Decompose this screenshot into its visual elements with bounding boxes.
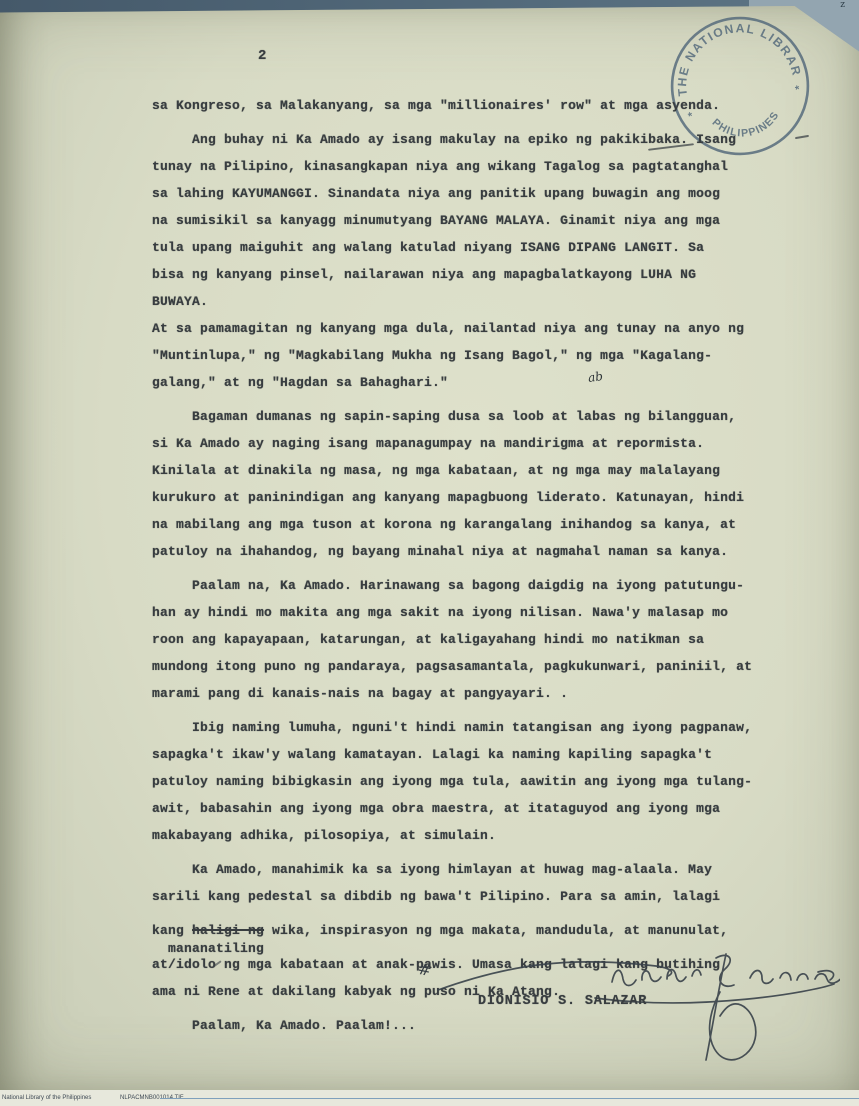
struck-words: haligi ngmananatiling [192, 923, 264, 938]
paragraph-1: Ang buhay ni Ka Amado ay isang makulay n… [152, 126, 758, 396]
handwritten-correction-ab: ab [587, 369, 604, 385]
corrected-line: kang haligi ngmananatiling wika, inspira… [152, 917, 758, 944]
page-number: 2 [258, 48, 266, 64]
correction-suffix: wika, inspirasyon ng mga makata, mandudu… [264, 923, 728, 938]
corner-pen-tick: z [840, 0, 845, 10]
paragraph-2: Bagaman dumanas ng sapin-saping dusa sa … [152, 403, 758, 565]
typewritten-body: sa Kongreso, sa Malakanyang, sa mga "mil… [152, 92, 758, 1039]
typed-signature-name: DIONISIO S. SALAZAR [478, 994, 647, 1009]
stamp-star-right-icon: * [793, 85, 802, 98]
continuation-line: sa Kongreso, sa Malakanyang, sa mga "mil… [152, 92, 758, 119]
paragraph-3: Paalam na, Ka Amado. Harinawang sa bagon… [152, 572, 758, 707]
footer-divider-line [160, 1098, 859, 1100]
scanned-document: z 2 THE NATIONAL LIBRARY PHILIPPINES * *… [0, 0, 859, 1106]
paragraph-4: Ibig naming lumuha, nguni't hindi namin … [152, 714, 758, 849]
footer-institution-label: National Library of the Philippines [2, 1095, 91, 1101]
handwritten-signature [420, 942, 840, 1080]
document-page: 2 THE NATIONAL LIBRARY PHILIPPINES * * s… [0, 6, 859, 1090]
inserted-word: mananatiling [168, 935, 264, 962]
scan-footer: National Library of the Philippines NLPA… [0, 1090, 859, 1106]
paragraph-5-start: Ka Amado, manahimik ka sa iyong himlayan… [152, 856, 758, 910]
